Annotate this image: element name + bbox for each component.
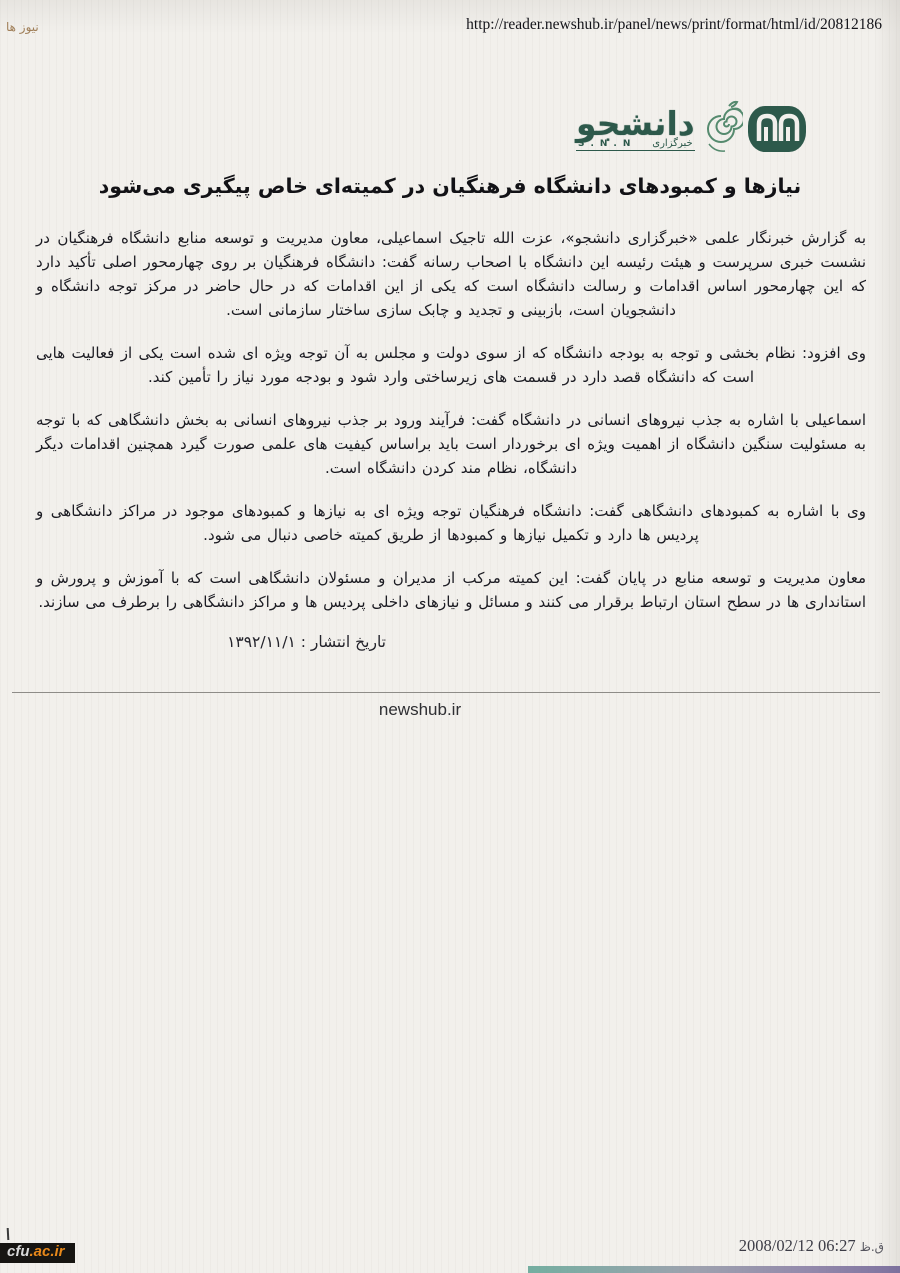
timestamp-meridiem: ق.ظ — [860, 1240, 884, 1254]
article-paragraph: وی با اشاره به کمبودهای دانشگاهی گفت: دا… — [36, 499, 866, 547]
news-frame-label: نیوز ها — [6, 20, 39, 34]
article-paragraph: وی افزود: نظام بخشی و توجه به بودجه دانش… — [36, 341, 866, 389]
paisley-spiral-icon — [699, 100, 743, 158]
publish-date: تاریخ انتشار : ۱۳۹۲/۱۱/۱ — [227, 633, 386, 651]
scan-artifact-tick — [7, 1228, 10, 1240]
cfu-watermark-suffix: .ac.ir — [30, 1243, 65, 1260]
article-paragraph: معاون مدیریت و توسعه منابع در پایان گفت:… — [36, 566, 866, 614]
logo-wordmark: دانشجو S.N.N خبرگزاری — [576, 107, 695, 151]
print-timestamp: 2008/02/12 06:27 ق.ظ — [739, 1236, 884, 1256]
scanned-print-page: نیوز ها http://reader.newshub.ir/panel/n… — [0, 0, 900, 1273]
article-paragraph: اسماعیلی با اشاره به جذب نیروهای انسانی … — [36, 408, 866, 480]
scan-edge-strip — [528, 1266, 900, 1273]
timestamp-value: 2008/02/12 06:27 — [739, 1236, 856, 1255]
footer-divider — [12, 692, 880, 693]
cfu-watermark-prefix: cfu — [7, 1243, 30, 1260]
logo-agency-label: خبرگزاری — [652, 139, 692, 149]
article-headline: نیازها و کمبودهای دانشگاه فرهنگیان در کم… — [40, 174, 860, 198]
snn-emblem-icon — [747, 103, 807, 155]
snn-daneshjoo-logo: دانشجو S.N.N خبرگزاری — [576, 96, 804, 162]
print-page-url: http://reader.newshub.ir/panel/news/prin… — [466, 16, 882, 34]
article-body: به گزارش خبرنگار علمی «خبرگزاری دانشجو»،… — [36, 226, 866, 651]
logo-subline: S.N.N خبرگزاری — [576, 139, 695, 151]
logo-title: دانشجو — [576, 107, 695, 141]
cfu-watermark: cfu.ac.ir — [0, 1243, 75, 1263]
article-paragraph: به گزارش خبرنگار علمی «خبرگزاری دانشجو»،… — [36, 226, 866, 322]
site-label: newshub.ir — [0, 700, 840, 720]
logo-acronym: S.N.N — [578, 139, 636, 149]
